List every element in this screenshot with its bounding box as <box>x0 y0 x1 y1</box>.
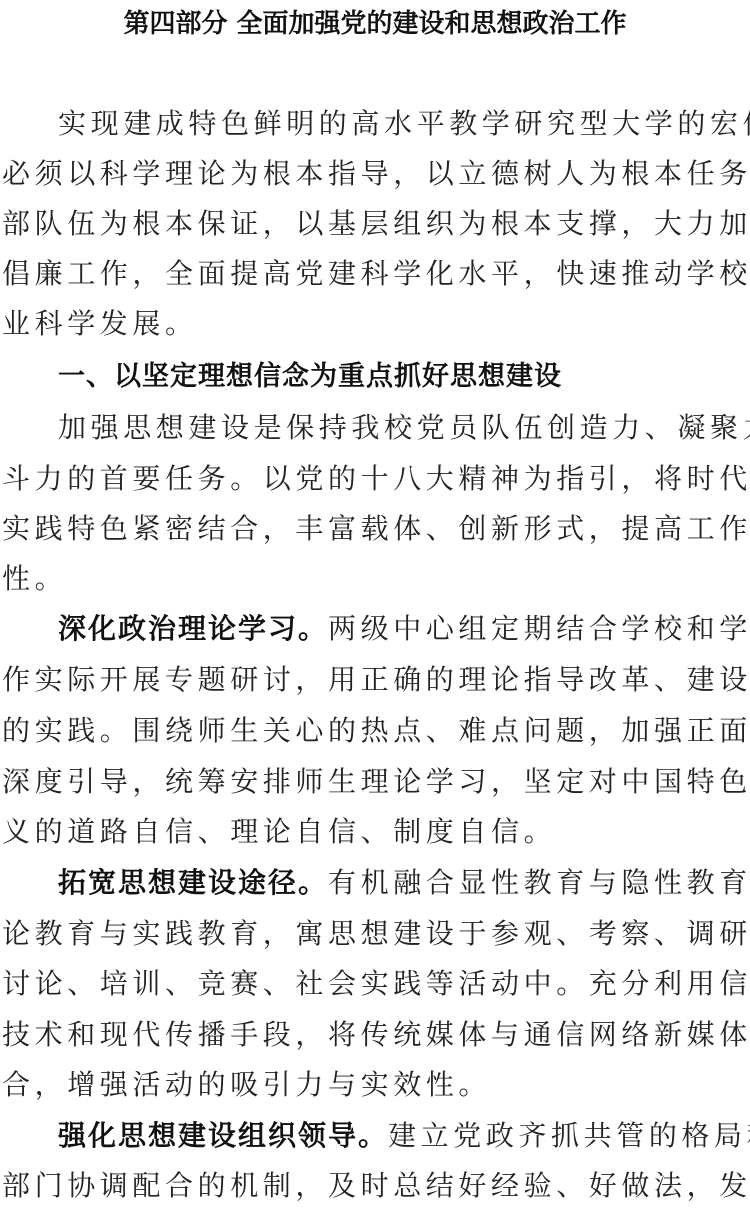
paragraph-line: 深化政治理论学习。两级中心组定期结合学校和学院工 <box>58 609 748 649</box>
line-text: 合，增强活动的吸引力与实效性。 <box>2 1068 491 1101</box>
line-text: 的实践。围绕师生关心的热点、难点问题，加强正面引导、 <box>2 714 750 747</box>
line-text: 实践特色紧密结合，丰富载体、创新形式，提高工作的实效 <box>2 512 750 545</box>
paragraph-line: 合，增强活动的吸引力与实效性。 <box>2 1065 748 1105</box>
line-text: 业科学发展。 <box>2 307 198 340</box>
paragraph-line: 技术和现代传播手段，将传统媒体与通信网络新媒体有机整 <box>2 1015 748 1055</box>
paragraph-line: 义的道路自信、理论自信、制度自信。 <box>2 812 748 852</box>
paragraph-line: 业科学发展。 <box>2 304 748 344</box>
document-title: 第四部分 全面加强党的建设和思想政治工作 <box>0 6 750 42</box>
paragraph-line: 倡廉工作，全面提高党建科学化水平，快速推动学校各项事 <box>2 254 748 294</box>
line-text: 实现建成特色鲜明的高水平教学研究型大学的宏伟目标 <box>58 107 750 140</box>
line-text: 两级中心组定期结合学校和学院工 <box>328 612 750 645</box>
paragraph-line: 斗力的首要任务。以党的十八大精神为指引，将时代特色与 <box>2 459 748 499</box>
paragraph-line: 强化思想建设组织领导。建立党政齐抓共管的格局和各 <box>58 1116 748 1156</box>
bold-lead-in: 强化思想建设组织领导。 <box>58 1119 388 1152</box>
paragraph-line: 部队伍为根本保证，以基层组织为根本支撑，大力加强反腐 <box>2 204 748 244</box>
paragraph-line: 论教育与实践教育，寓思想建设于参观、考察、调研、座谈、 <box>2 914 748 954</box>
line-text: 斗力的首要任务。以党的十八大精神为指引，将时代特色与 <box>2 462 750 495</box>
line-text: 义的道路自信、理论自信、制度自信。 <box>2 815 556 848</box>
paragraph-line: 拓宽思想建设途径。有机融合显性教育与隐性教育、理 <box>58 863 748 903</box>
line-text: 论教育与实践教育，寓思想建设于参观、考察、调研、座谈、 <box>2 917 750 950</box>
paragraph-line: 部门协调配合的机制，及时总结好经验、好做法，发挥典型 <box>2 1166 748 1206</box>
line-text: 深度引导，统筹安排师生理论学习，坚定对中国特色社会主 <box>2 765 750 798</box>
line-text: 必须以科学理论为根本指导，以立德树人为根本任务，以干 <box>2 157 750 190</box>
heading-text: 一、以坚定理想信念为重点抓好思想建设 <box>58 361 562 392</box>
paragraph-line: 讨论、培训、竞赛、社会实践等活动中。充分利用信息网络 <box>2 964 748 1004</box>
section-heading: 一、以坚定理想信念为重点抓好思想建设 <box>58 357 748 397</box>
line-text: 部队伍为根本保证，以基层组织为根本支撑，大力加强反腐 <box>2 207 750 240</box>
line-text: 技术和现代传播手段，将传统媒体与通信网络新媒体有机整 <box>2 1018 750 1051</box>
paragraph-line: 深度引导，统筹安排师生理论学习，坚定对中国特色社会主 <box>2 762 748 802</box>
paragraph-line: 实践特色紧密结合，丰富载体、创新形式，提高工作的实效 <box>2 509 748 549</box>
line-text: 讨论、培训、竞赛、社会实践等活动中。充分利用信息网络 <box>2 967 750 1000</box>
line-text: 部门协调配合的机制，及时总结好经验、好做法，发挥典型 <box>2 1169 750 1202</box>
bold-lead-in: 拓宽思想建设途径。 <box>58 866 328 899</box>
line-text: 性。 <box>2 562 67 595</box>
paragraph-line: 必须以科学理论为根本指导，以立德树人为根本任务，以干 <box>2 154 748 194</box>
paragraph-line: 性。 <box>2 559 748 599</box>
bold-lead-in: 深化政治理论学习。 <box>58 612 328 645</box>
paragraph-line: 实现建成特色鲜明的高水平教学研究型大学的宏伟目标 <box>58 104 748 144</box>
paragraph-line: 作实际开展专题研讨，用正确的理论指导改革、建设和发展 <box>2 660 748 700</box>
line-text: 有机融合显性教育与隐性教育、理 <box>328 866 750 899</box>
line-text: 加强思想建设是保持我校党员队伍创造力、凝聚力、战 <box>58 411 750 444</box>
line-text: 建立党政齐抓共管的格局和各 <box>388 1119 750 1152</box>
paragraph-line: 加强思想建设是保持我校党员队伍创造力、凝聚力、战 <box>58 408 748 448</box>
line-text: 倡廉工作，全面提高党建科学化水平，快速推动学校各项事 <box>2 257 750 290</box>
paragraph-line: 的实践。围绕师生关心的热点、难点问题，加强正面引导、 <box>2 711 748 751</box>
line-text: 作实际开展专题研讨，用正确的理论指导改革、建设和发展 <box>2 663 750 696</box>
